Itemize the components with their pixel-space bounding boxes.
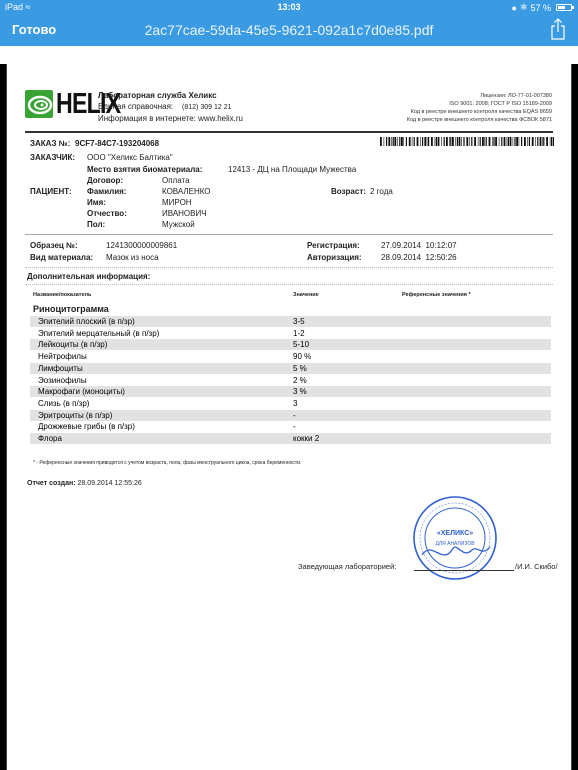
lab-name: Лабораторная служба Хеликс	[98, 90, 243, 101]
lab-info: Лабораторная служба Хеликс Единая справо…	[98, 90, 243, 124]
barcode	[380, 137, 554, 146]
row-name: Эпителий плоский (в п/зр)	[38, 317, 135, 326]
row-name: Лейкоциты (в п/зр)	[38, 340, 107, 349]
section-title: Риноцитограмма	[33, 304, 109, 314]
document-title: 2ac77cae-59da-45e5-9621-092a1c7d0e85.pdf	[0, 22, 578, 38]
patient-label: ПАЦИЕНТ:	[30, 187, 72, 196]
surname-label: Фамилия:	[87, 187, 126, 196]
sex-label: Пол:	[87, 220, 105, 229]
viewer-gap	[0, 46, 578, 64]
surname-value: КОВАЛЕНКО	[162, 187, 211, 196]
row-name: Макрофаги (моноциты)	[38, 387, 125, 396]
contract-label: Договор:	[87, 176, 123, 185]
svg-text:«ХЕЛИКС»: «ХЕЛИКС»	[437, 530, 473, 537]
order-label: ЗАКАЗ №:	[30, 139, 70, 148]
top-bar: iPad ≈ 13:03 ● ✱ 57 % Готово 2ac77cae-59…	[0, 0, 578, 46]
sample-number: 1241300000009861	[106, 241, 177, 250]
row-name: Нейтрофилы	[38, 352, 87, 361]
table-row: Эпителий плоский (в п/зр)3-5	[30, 316, 551, 327]
bluetooth-icon: ✱	[520, 2, 528, 13]
material-value: Мазок из носа	[106, 253, 159, 262]
report-created: Отчет создан: 28.09.2014 12:55:26	[27, 480, 142, 487]
row-name: Слизь (в п/зр)	[38, 399, 89, 408]
table-row: Дрожжевые грибы (в п/зр)-	[30, 421, 551, 432]
customer-value: ООО "Хеликс Балтика"	[87, 153, 173, 162]
table-row: Лейкоциты (в п/зр)5-10	[30, 339, 551, 350]
lab-phone: Единая справочная: (812) 309 12 21	[98, 101, 243, 113]
row-value: -	[293, 411, 296, 420]
row-value: кокки 2	[293, 434, 319, 443]
dotted-divider-1	[25, 267, 553, 268]
row-value: 3	[293, 399, 297, 408]
customer-label: ЗАКАЗЧИК:	[30, 153, 75, 162]
authorization-value: 28.09.2014 12:50:26	[381, 253, 457, 262]
stamp-seal: «ХЕЛИКС» ДЛЯ АНАЛИЗОВ	[412, 495, 498, 581]
license-info: Лицензия: ЛО-77-01-007380 ISO 9001: 2008…	[407, 92, 552, 124]
place-label: Место взятия биоматериала:	[87, 165, 202, 174]
name-value: МИРОН	[162, 198, 192, 207]
lab-web: Информация в интернете: www.helix.ru	[98, 113, 243, 124]
dotted-divider-2	[25, 284, 553, 285]
sex-value: Мужской	[162, 220, 195, 229]
table-row: Слизь (в п/зр)3	[30, 398, 551, 409]
contract-value: Оплата	[162, 176, 190, 185]
table-row: Нейтрофилы90 %	[30, 351, 551, 362]
nav-bar: Готово 2ac77cae-59da-45e5-9621-092a1c7d0…	[0, 14, 578, 46]
status-right: ● ✱ 57 %	[512, 2, 573, 13]
row-name: Эпителий мерцательный (в п/зр)	[38, 329, 159, 338]
table-row: Эозинофилы2 %	[30, 375, 551, 386]
battery-percent: 57 %	[530, 3, 551, 13]
footnote: * - Референсные значения приводятся с уч…	[33, 460, 301, 466]
col-header-reference: Референсные значения *	[402, 292, 471, 298]
material-label: Вид материала:	[30, 253, 93, 262]
age-label: Возраст:	[331, 187, 366, 196]
row-name: Эритроциты (в п/зр)	[38, 411, 112, 420]
row-value: 1-2	[293, 329, 305, 338]
row-value: 2 %	[293, 376, 307, 385]
row-value: 90 %	[293, 352, 311, 361]
patronymic-value: ИВАНОВИЧ	[162, 209, 207, 218]
row-value: 3-5	[293, 317, 305, 326]
orientation-lock-icon: ●	[512, 3, 517, 13]
col-header-name: Название/показатель	[33, 292, 91, 298]
table-row: Эпителий мерцательный (в п/зр)1-2	[30, 328, 551, 339]
status-bar: iPad ≈ 13:03 ● ✱ 57 %	[0, 0, 578, 14]
table-row: Эритроциты (в п/зр)-	[30, 410, 551, 421]
table-row: Флоракокки 2	[30, 433, 551, 444]
order-number: 9CF7-84C7-193204068	[75, 139, 159, 148]
col-header-value: Значение	[293, 292, 319, 298]
row-value: 5-10	[293, 340, 309, 349]
sample-number-label: Образец №:	[30, 241, 78, 250]
row-name: Лимфоциты	[38, 364, 83, 373]
header-divider	[25, 131, 553, 133]
signature-label: Заведующая лабораторией:	[298, 562, 396, 571]
signature-name: /И.И. Скибо/	[515, 562, 558, 571]
svg-text:ДЛЯ АНАЛИЗОВ: ДЛЯ АНАЛИЗОВ	[435, 541, 475, 547]
authorization-label: Авторизация:	[307, 253, 362, 262]
name-label: Имя:	[87, 198, 106, 207]
table-row: Макрофаги (моноциты)3 %	[30, 386, 551, 397]
patronymic-label: Отчество:	[87, 209, 127, 218]
table-row: Лимфоциты5 %	[30, 363, 551, 374]
row-value: 5 %	[293, 364, 307, 373]
clock: 13:03	[0, 2, 578, 12]
registration-label: Регистрация:	[307, 241, 360, 250]
age-value: 2 года	[370, 187, 393, 196]
patient-divider	[25, 234, 553, 235]
registration-value: 27.09.2014 10:12:07	[381, 241, 457, 250]
logo-swirl-icon	[25, 90, 53, 118]
row-name: Эозинофилы	[38, 376, 87, 385]
row-name: Флора	[38, 434, 62, 443]
share-icon[interactable]	[550, 18, 566, 40]
battery-icon	[556, 4, 572, 11]
additional-info-heading: Дополнительная информация:	[27, 272, 150, 281]
row-name: Дрожжевые грибы (в п/зр)	[38, 422, 135, 431]
row-value: -	[293, 422, 296, 431]
row-value: 3 %	[293, 387, 307, 396]
signature-line	[414, 570, 514, 571]
place-value: 12413 - ДЦ на Площади Мужества	[228, 165, 356, 174]
